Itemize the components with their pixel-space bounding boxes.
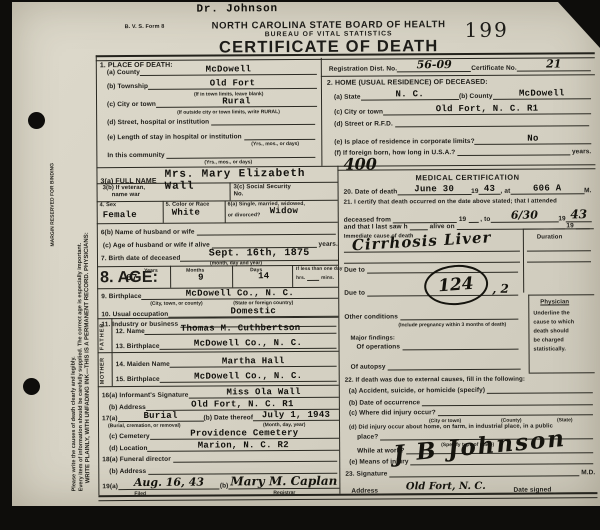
- physician-address-label: Address: [351, 487, 378, 494]
- blank-line: [211, 122, 315, 126]
- alive-on-label: alive on: [430, 223, 455, 230]
- age-months-value: 9: [198, 273, 204, 283]
- physician-box-text: statistically.: [534, 346, 567, 352]
- duration-box-border: [523, 229, 524, 293]
- statistical-code-suffix: , 2: [492, 282, 509, 296]
- attended-to-value: 6/30: [490, 209, 558, 222]
- burial-date-label: (b) Date thereof: [203, 415, 253, 422]
- registration-dist-value: 56-09: [397, 59, 471, 72]
- certificate-content: MARGIN RESERVED FOR BINDING WRITE PLAINL…: [0, 0, 600, 530]
- rule: [344, 251, 520, 253]
- county-value: McDowell: [140, 65, 317, 77]
- informant-signature-label: 16(a) Informant's Signature: [102, 392, 189, 400]
- duration-label: Duration: [537, 234, 563, 240]
- blank-line: [395, 123, 589, 127]
- veteran-label2: name war: [112, 192, 141, 198]
- community-label: In this community: [107, 152, 164, 159]
- birthplace-label: 9. Birthplace: [101, 293, 141, 300]
- blank-line: [402, 347, 518, 351]
- footer-rule: [98, 492, 597, 501]
- stay-label: (e) Length of stay in hospital or instit…: [107, 133, 242, 141]
- occupation-label: 10. Usual occupation: [101, 311, 168, 318]
- to-label: , to: [480, 215, 490, 222]
- rule: [527, 250, 591, 251]
- father-name-value: Thomas M. Cuthbertson: [145, 324, 337, 336]
- blank-line: [244, 137, 316, 140]
- rule: [97, 222, 338, 224]
- physician-box-text: Underline the: [533, 310, 569, 316]
- marital-value: Widow: [270, 206, 299, 216]
- father-birthplace-value: McDowell Co., N. C.: [160, 339, 337, 351]
- township-value: Old Fort: [148, 79, 317, 90]
- accident-label: (a) Accident, suicide, or homicide (spec…: [349, 387, 485, 395]
- attended-from-label: deceased from: [344, 216, 391, 223]
- blank-line: [167, 155, 316, 159]
- father-name-label: 12. Name: [115, 328, 144, 335]
- burial-date-value: July 1, 1943: [253, 411, 339, 422]
- spouse-age-label: (c) Age of husband or wife if alive: [103, 242, 210, 250]
- physician-box-border: [528, 294, 594, 295]
- city-value: Rural: [156, 97, 317, 108]
- home-city-label: (c) City or town: [334, 109, 383, 116]
- spouse-age-suffix: years.: [318, 241, 337, 248]
- marital-label2: or divorced?: [228, 212, 261, 218]
- burial-label: 17(a): [102, 416, 118, 423]
- county-label: (a) County: [107, 69, 140, 76]
- home-county-value: McDowell: [492, 89, 591, 100]
- mother-name-value: Martha Hall: [170, 357, 337, 368]
- informant-address-label: (b) Address: [109, 404, 146, 411]
- blank-line: [173, 459, 337, 463]
- date-of-death-time: 606 A: [510, 184, 584, 195]
- ssn-label2: No.: [234, 191, 244, 197]
- home-corporate-label: (e) Is place of residence in corporate l…: [334, 138, 474, 146]
- printed-19: 19: [459, 216, 466, 223]
- home-foreign-suffix: years.: [572, 148, 591, 155]
- rule: [98, 385, 339, 387]
- physician-box-text: death should: [533, 328, 568, 334]
- registrar-note: Registrar: [273, 490, 295, 496]
- city-note: (If outside city or town limits, write R…: [177, 109, 280, 116]
- date-of-death-year: 43: [479, 185, 501, 196]
- home-state-value: N. C.: [361, 90, 460, 101]
- rule: [98, 351, 339, 353]
- funeral-address-label: (b) Address: [109, 468, 146, 475]
- sex-value: Female: [103, 210, 137, 220]
- blank-line: [197, 232, 336, 236]
- signature-label: 23. Signature: [345, 470, 387, 477]
- date-of-death-label: 20. Date of death: [344, 189, 398, 196]
- spouse-name-label: 6(b) Name of husband or wife: [101, 229, 195, 237]
- scanned-certificate-photo: MARGIN RESERVED FOR BINDING WRITE PLAINL…: [0, 0, 600, 530]
- cemetery-label: (c) Cemetery: [109, 433, 150, 440]
- occupation-value: Domestic: [168, 307, 338, 318]
- other-conditions-note: (Include pregnancy within 3 months of de…: [398, 322, 506, 329]
- rule: [232, 265, 233, 287]
- serial-number-stamp: 199: [465, 18, 509, 42]
- birthdate-note: (month, day and year): [210, 260, 262, 266]
- certificate-no-label: Certificate No.: [471, 64, 517, 71]
- certificate-no-value: 21: [517, 58, 591, 71]
- rule: [111, 318, 112, 386]
- of-operations-label: Of operations: [357, 343, 401, 350]
- filing-b-label: (b): [220, 482, 229, 489]
- city-label: (c) City or town: [107, 101, 156, 108]
- ssn-label: 3(c) Social Security: [234, 184, 291, 190]
- rule: [170, 266, 171, 288]
- mother-side-label: MOTHER: [100, 354, 106, 384]
- md-label: M.D.: [581, 469, 595, 476]
- duration-box-border: [523, 228, 594, 229]
- mother-birthplace-label: 15. Birthplace: [116, 376, 160, 383]
- father-side-label: FATHER: [99, 321, 105, 350]
- registration-dist-label: Registration Dist. No.: [329, 65, 397, 72]
- physician-address-value: Old Fort, N. C.: [378, 482, 513, 494]
- age-less-label: If less than one day: [296, 267, 343, 272]
- rule: [163, 201, 164, 223]
- blank-line: [307, 278, 319, 281]
- blank-line: [388, 367, 521, 371]
- funeral-director-label: 18(a) Funeral director: [102, 456, 171, 463]
- medical-certification-heading: MEDICAL CERTIFICATION: [343, 172, 591, 183]
- age-years-label: Years: [144, 268, 158, 274]
- occurrence-date-label: (b) Date of occurrence: [349, 399, 420, 406]
- mother-birthplace-value: McDowell Co., N. C.: [160, 372, 337, 384]
- street-label: (d) Street, hospital or institution: [107, 119, 209, 127]
- age-hrs-label: hrs.: [296, 276, 305, 281]
- physician-box-text: cause to which: [533, 319, 574, 325]
- where-injury-label: (c) Where did injury occur?: [349, 409, 436, 417]
- burial-location-label: (d) Location: [109, 445, 147, 452]
- attended-to-year: 43: [566, 208, 592, 222]
- home-state-label: (a) State: [334, 94, 361, 101]
- registrar-signature-value: Mary M. Caplan: [228, 475, 339, 489]
- filing-date-value: Aug. 16, 43: [118, 477, 220, 490]
- punch-hole: [28, 112, 45, 129]
- physician-box-title: Physician: [540, 299, 569, 305]
- home-corporate-value: No: [475, 134, 592, 145]
- date-signed-label: Date signed: [513, 486, 551, 493]
- veteran-label: 3(b) If veteran,: [103, 185, 146, 191]
- due-to-label: Due to: [344, 267, 365, 274]
- last-saw-label: and that I last saw h: [344, 223, 408, 230]
- physician-box-text: be charged: [533, 337, 563, 343]
- home-county-label: (b) County: [459, 93, 493, 100]
- top-section-divider: [321, 58, 323, 166]
- father-birthplace-label: 13. Birthplace: [116, 343, 160, 350]
- mother-name-label: 14. Maiden Name: [116, 361, 170, 368]
- handwritten-400-scribble: 400: [343, 155, 377, 174]
- cemetery-value: Providence Cemetery: [150, 429, 339, 441]
- margin-binding-text: MARGIN RESERVED FOR BINDING: [49, 151, 56, 246]
- printed-19: 19: [558, 215, 565, 222]
- major-findings-label: Major findings:: [350, 335, 395, 341]
- form-left-border: [96, 55, 100, 495]
- state-note: (State): [557, 417, 573, 423]
- physician-box-border: [529, 372, 595, 373]
- date-of-death-value: June 30: [397, 185, 471, 196]
- township-label: (b) Township: [107, 83, 148, 90]
- age-days-value: 14: [258, 271, 269, 281]
- rule: [292, 265, 293, 287]
- burial-location-value: Marion, N. C. R2: [147, 441, 339, 453]
- punch-hole: [23, 378, 40, 395]
- blank-line: [438, 412, 593, 416]
- home-street-label: (d) Street or R.F.D.: [334, 120, 393, 127]
- full-name-label: 3(a) FULL NAME: [100, 177, 156, 184]
- physician-box-border: [528, 295, 529, 373]
- printed-19: 19: [471, 188, 478, 195]
- blank-line: [389, 473, 579, 477]
- home-city-value: Old Fort, N. C. R1: [383, 104, 591, 116]
- informant-signature-value: Miss Ola Wall: [188, 388, 338, 399]
- blank-line: [410, 227, 428, 230]
- filed-note: Filed: [134, 491, 146, 497]
- community-note: (Yrs., mos., or days): [204, 159, 252, 165]
- age-mins-label: mins.: [321, 276, 334, 281]
- rule: [344, 262, 520, 264]
- certify-line1: 21. I certify that death occurred on the…: [344, 198, 557, 205]
- birthplace-value: McDowell Co., N. C.: [142, 289, 339, 301]
- sex-label: 4. Sex: [100, 202, 117, 208]
- race-value: White: [172, 208, 201, 218]
- at-label: , at: [501, 188, 511, 195]
- blank-line: [553, 490, 593, 493]
- birthdate-label: 7. Birth date of deceased: [101, 254, 180, 261]
- penciled-doctor-name: Dr. Johnson: [196, 3, 277, 15]
- blank-line: [487, 390, 593, 394]
- filing-prefix: 19(a): [102, 483, 118, 490]
- home-box-top-rule: [321, 74, 595, 77]
- stay-note: (Yrs., mos., or days): [251, 141, 299, 147]
- blank-line: [457, 152, 570, 156]
- blank-line: [400, 317, 518, 321]
- external-causes-heading: 22. If death was due to external causes,…: [345, 376, 525, 384]
- blank-line: [422, 402, 593, 406]
- rule: [225, 200, 226, 222]
- other-conditions-label: Other conditions: [344, 313, 398, 320]
- burial-type-note: (Burial, cremation, or removal): [108, 423, 181, 429]
- of-autopsy-label: Of autopsy: [351, 363, 386, 370]
- home-heading: 2. HOME (USUAL RESIDENCE) OF DECEASED:: [327, 79, 488, 87]
- rule: [527, 261, 591, 262]
- burial-type-value: Burial: [118, 412, 204, 423]
- injury-place-label: place?: [357, 434, 378, 441]
- m-label: M.: [584, 188, 591, 195]
- due-to-label: Due to: [344, 290, 365, 297]
- age-years-value: 67: [126, 273, 137, 283]
- birthplace-note1: (City, town, or county): [150, 301, 202, 307]
